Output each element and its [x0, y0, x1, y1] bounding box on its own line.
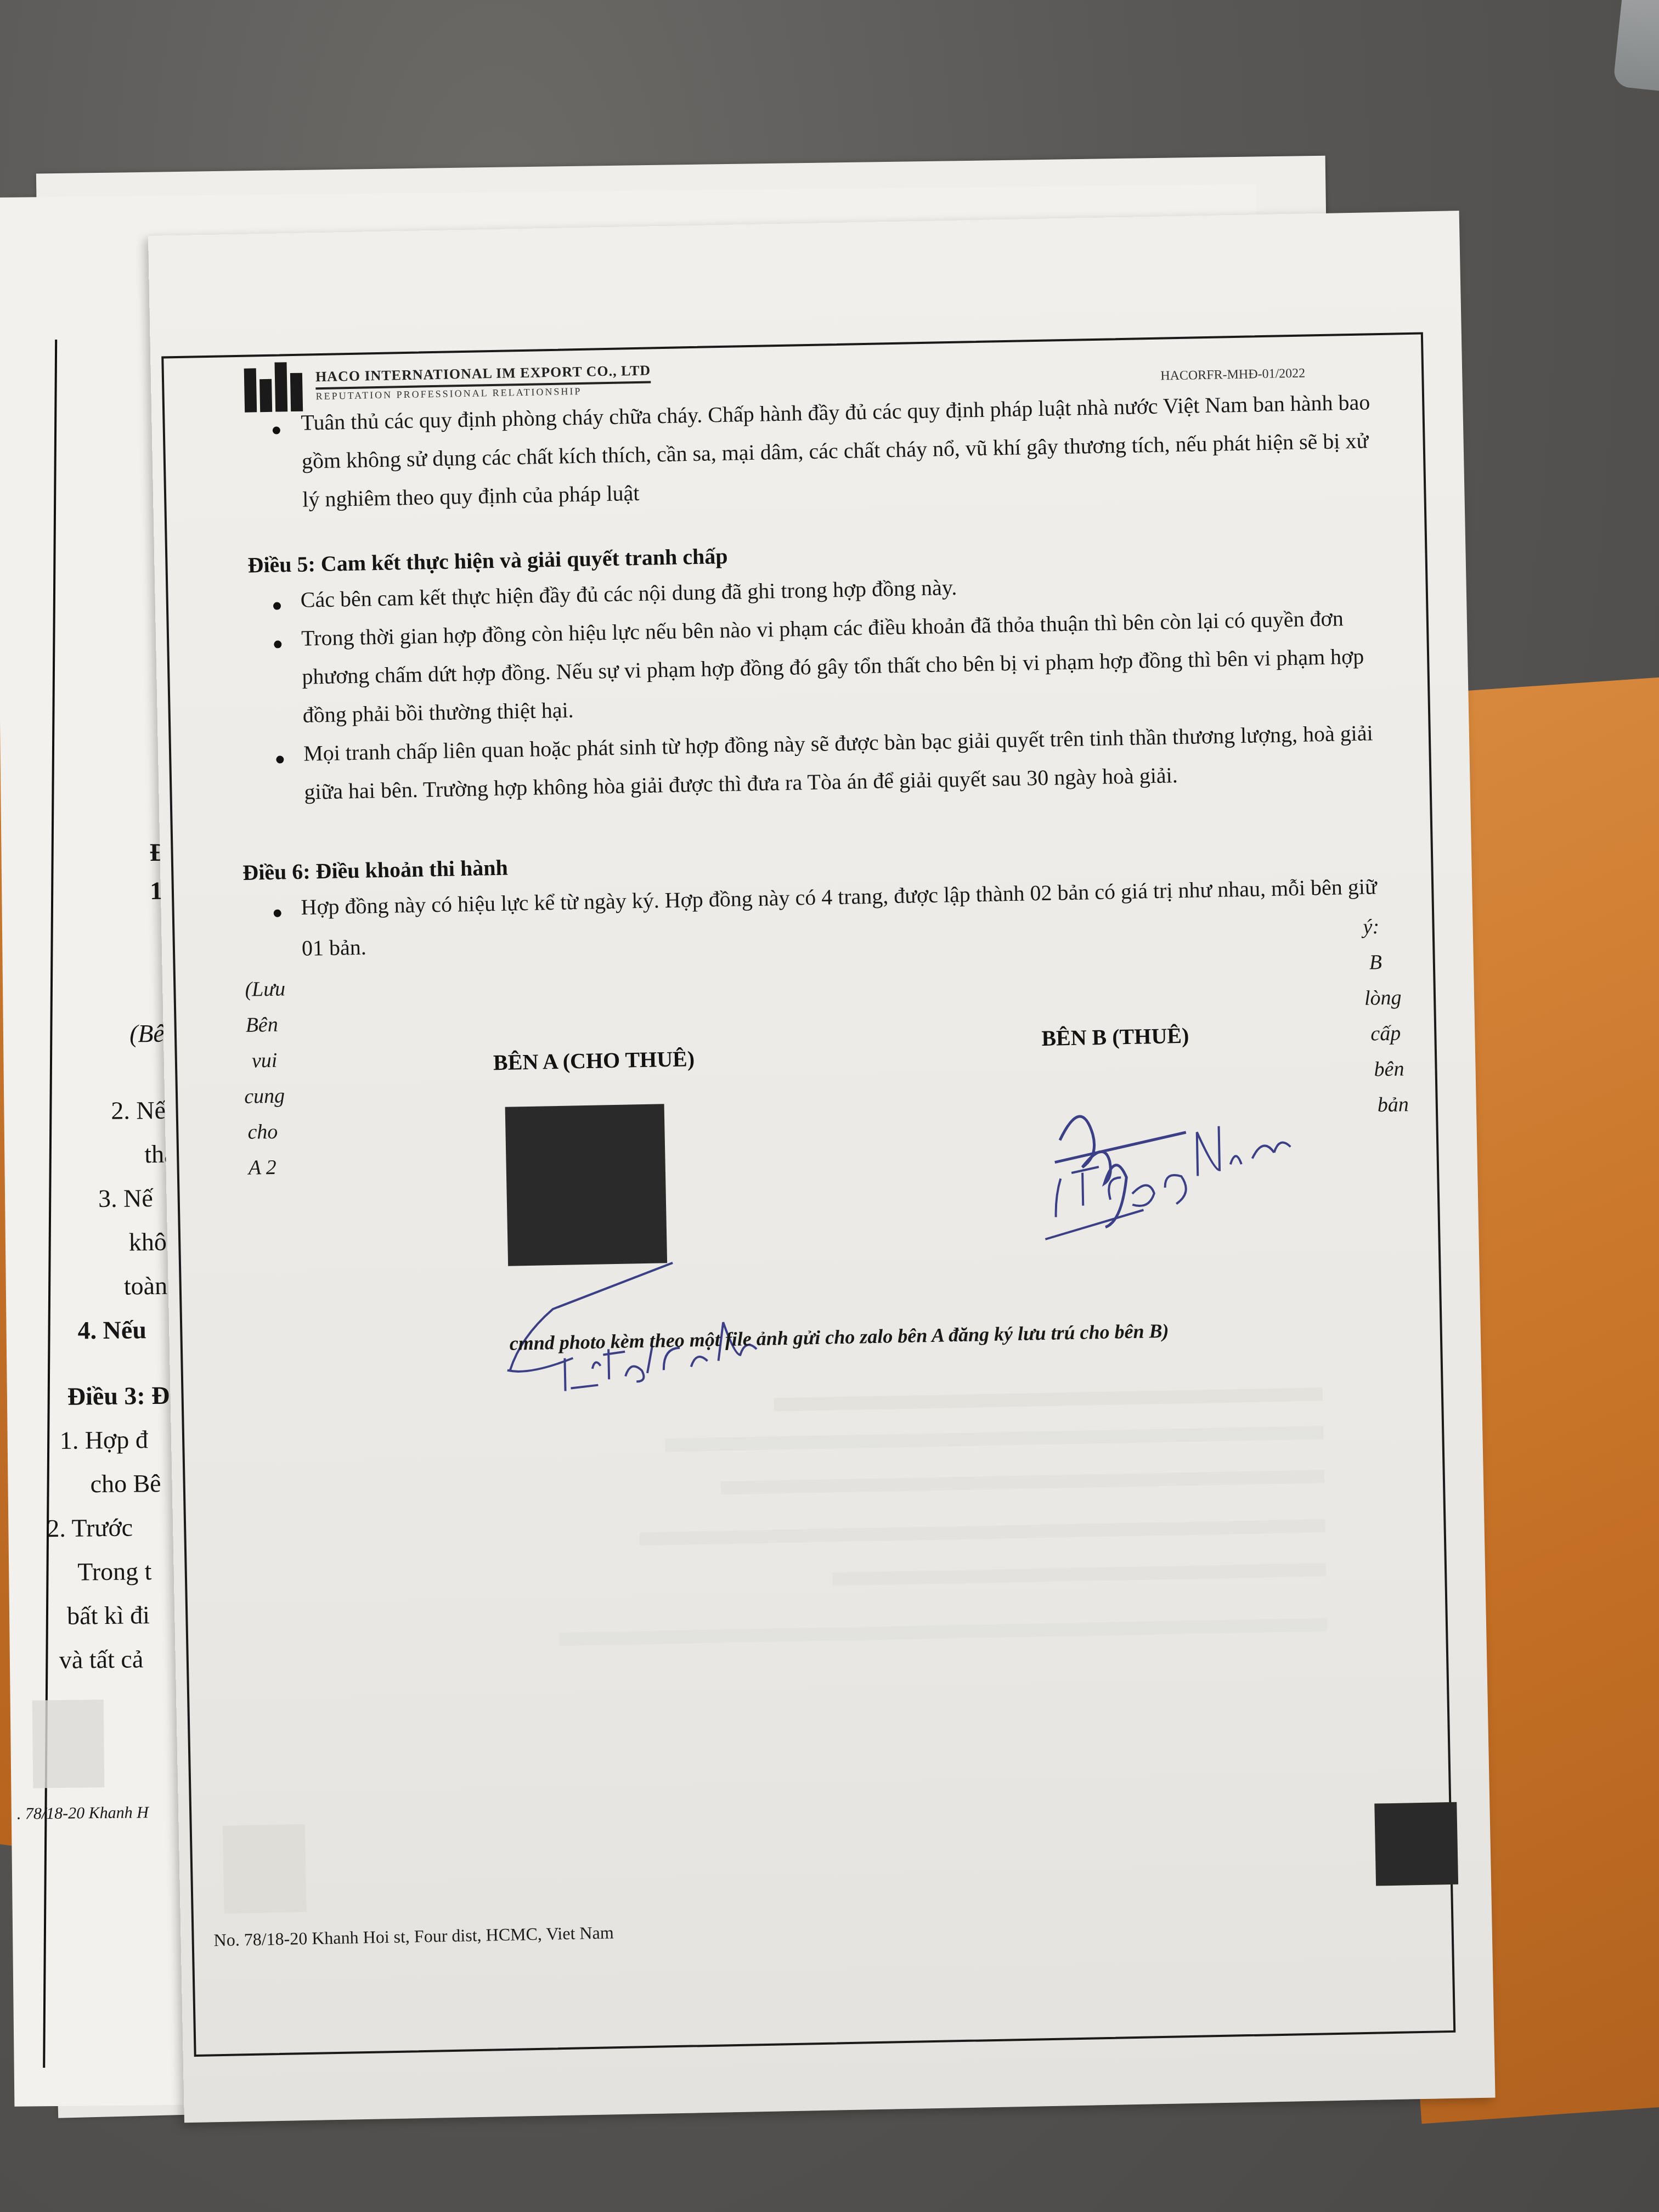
- article-6-title: Điều 6: Điều khoản thi hành: [242, 855, 508, 885]
- note-word: lòng: [1364, 985, 1402, 1010]
- note-word: (Lưu: [245, 977, 285, 1001]
- contract-page: HACO INTERNATIONAL IM EXPORT CO., LTD RE…: [148, 211, 1496, 2123]
- fragment: và tất cả: [59, 1644, 144, 1674]
- article-5-line: đồng phải bồi thường thiệt hại.: [302, 697, 574, 727]
- document-code: HACORFR-MHĐ-01/2022: [1160, 366, 1306, 384]
- note-word: A 2: [248, 1155, 276, 1180]
- note-word: ý:: [1363, 915, 1379, 939]
- fragment: Trong t: [77, 1556, 152, 1586]
- fragment: 2. Trước: [47, 1513, 133, 1543]
- fragment: bất kì đi: [67, 1600, 150, 1630]
- fragment: 1. Hợp đ: [59, 1425, 148, 1455]
- fragment: Điều 3: Đ: [67, 1381, 170, 1411]
- note-word: cấp: [1370, 1021, 1401, 1046]
- note-word: cho: [247, 1120, 278, 1144]
- article-6-line: 01 bản.: [302, 934, 367, 961]
- blurred-stamp: [32, 1700, 105, 1788]
- fragment: cho Bê: [90, 1469, 161, 1498]
- fragment: khô: [129, 1227, 167, 1257]
- fragment: 3. Nế: [98, 1183, 153, 1213]
- fragment: 2. Nế: [111, 1096, 166, 1125]
- redacted-mark: [1374, 1802, 1458, 1886]
- note-word: Bên: [245, 1013, 278, 1037]
- note-word: B: [1369, 950, 1382, 974]
- fragment: . 78/18-20 Khanh H: [17, 1803, 149, 1824]
- company-logo: [244, 362, 305, 413]
- note-word: vui: [251, 1048, 277, 1073]
- fragment: toàn: [124, 1271, 168, 1301]
- party-a-label: BÊN A (CHO THUÊ): [493, 1046, 695, 1075]
- note-word: cung: [244, 1084, 285, 1109]
- fragment: 4. Nếu: [77, 1315, 146, 1345]
- blurred-stamp: [223, 1824, 307, 1914]
- company-header: HACO INTERNATIONAL IM EXPORT CO., LTD RE…: [315, 362, 651, 402]
- party-b-label: BÊN B (THUÊ): [1041, 1023, 1189, 1051]
